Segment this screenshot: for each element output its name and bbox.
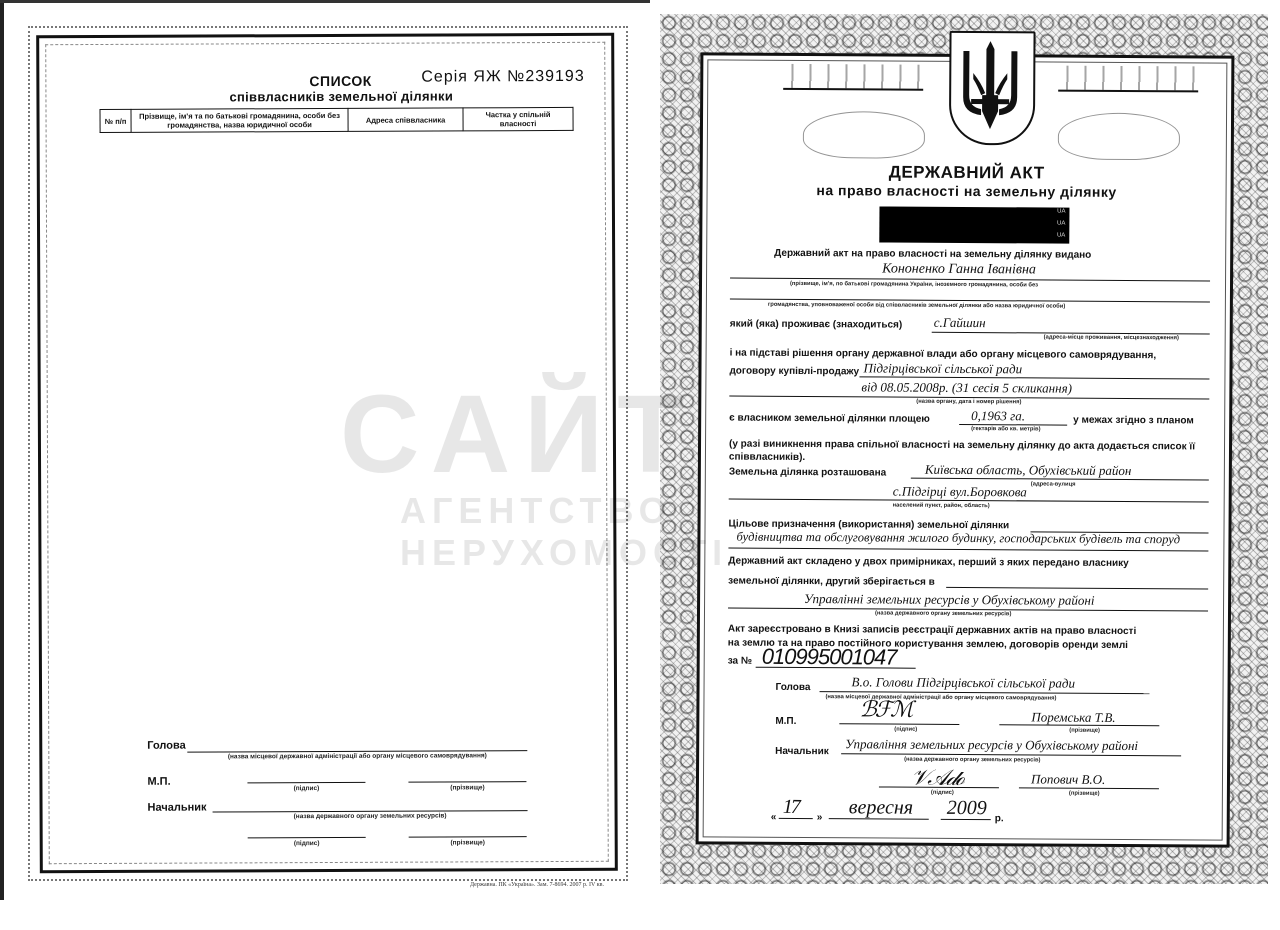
chief-surname: Попович В.О. — [1031, 771, 1105, 787]
emblem-row — [703, 55, 1231, 58]
head-label: Голова — [776, 682, 811, 693]
registry-number-label: за № — [728, 656, 752, 667]
location-value-1: Київська область, Обухівський район — [925, 462, 1132, 479]
chief-value: Управління земельних ресурсів у Обухівсь… — [845, 736, 1138, 754]
header-share: Частка у спільній власності — [463, 107, 573, 130]
state-act-page: ДЕРЖАВНИЙ АКТ на право власності на земе… — [660, 14, 1268, 884]
date-open-quote: « — [771, 812, 777, 823]
scan-edge — [0, 0, 4, 900]
act-subtitle: на право власності на земельну ділянку — [703, 181, 1231, 200]
table-header-row: № п/п Прізвище, ім'я та по батькові гром… — [100, 107, 573, 132]
date-day: 17 — [783, 796, 799, 819]
location-label: Земельна ділянка розташована — [729, 467, 886, 479]
surname-caption-2: (прізвище) — [1069, 791, 1100, 797]
residence-value: с.Гайшин — [934, 315, 986, 331]
surname-caption: (прізвище) — [1069, 728, 1100, 734]
chief-caption: (назва державного органу земельних ресур… — [904, 757, 1040, 764]
redact-ua-1: UA — [1057, 209, 1065, 215]
decision-value: від 08.05.2008р. (31 сесія 5 скликання) — [861, 379, 1072, 396]
head-signature: ℬℱℳ — [859, 696, 911, 722]
decision-caption: (назва органу, дата і номер рішення) — [916, 399, 1021, 406]
header-name: Прізвище, ім'я та по батькові громадянин… — [131, 108, 348, 132]
purpose-value: будівництва та обслуговування жилого буд… — [736, 530, 1180, 548]
redact-ua-3: UA — [1057, 233, 1065, 239]
trident-coat-of-arms-icon — [949, 31, 1036, 146]
signature-caption: (підпис) — [894, 727, 917, 733]
date-month: вересня — [849, 796, 913, 819]
ornament-right — [1058, 66, 1198, 93]
scroll-ornament-right — [1058, 113, 1180, 161]
authority-value: Підгірцівської сільської ради — [863, 360, 1022, 377]
seal-label: М.П. — [775, 716, 796, 727]
head-value: В.о. Голови Підгірцівської сільської рад… — [852, 674, 1076, 691]
date-year: 2009 — [947, 797, 987, 820]
ornament-left — [783, 64, 923, 91]
chief-label: Начальник — [148, 802, 207, 814]
date-suffix: р. — [995, 813, 1004, 824]
list-subtitle: співвласників земельної ділянки — [229, 88, 453, 104]
contract-label: договору купівлі-продажу — [729, 366, 859, 378]
header-address: Адреса співвласника — [348, 108, 463, 132]
location-value-2: с.Підгірці вул.Боровкова — [893, 484, 1027, 501]
residence-caption: (адреса-місце проживання, місцезнаходжен… — [1044, 334, 1179, 341]
head-surname: Поремська Т.В. — [1031, 709, 1115, 726]
signature-caption: (підпис) — [247, 785, 365, 793]
issued-label: Державний акт на право власності на земе… — [774, 248, 1091, 261]
list-title: СПИСОК — [309, 73, 372, 89]
co-owners-list-page: СПИСОК Серія ЯЖ №239193 співвласників зе… — [28, 26, 628, 881]
area-value: 0,1963 га. — [971, 408, 1025, 424]
owner-name: Кононенко Ганна Іванівна — [882, 261, 1036, 278]
stored-caption: (назва державного органу земельних ресур… — [875, 610, 1011, 617]
residence-label: який (яка) проживає (знаходиться) — [730, 319, 903, 331]
location-caption-1: (адреса-вулиця — [1031, 481, 1076, 487]
copies-label-2: земельної ділянки, другий зберігається в — [728, 576, 935, 588]
header-number: № п/п — [100, 109, 131, 132]
signature-caption-2: (підпис) — [248, 840, 366, 848]
surname-caption: (прізвище) — [408, 784, 526, 792]
scroll-ornament-left — [803, 111, 925, 159]
redacted-block: UA UA UA — [879, 206, 1069, 243]
date-day-line — [779, 818, 813, 819]
redact-ua-2: UA — [1057, 221, 1065, 227]
area-caption: (гектарів або кв. метрів) — [971, 426, 1040, 432]
page-frame: ДЕРЖАВНИЙ АКТ на право власності на земе… — [696, 52, 1235, 847]
head-label: Голова — [147, 740, 185, 752]
seal-label: М.П. — [147, 776, 170, 788]
chief-label: Начальник — [775, 746, 829, 757]
location-caption-2: населений пункт, район, область) — [893, 503, 990, 510]
scan-top-edge — [0, 0, 650, 3]
signature-caption-2: (підпис) — [931, 790, 954, 796]
printer-footer: Державна. ПК «Україна». Зам. 7-8694. 200… — [470, 882, 604, 888]
area-suffix: у межах згідно з планом — [1073, 415, 1194, 427]
stored-value: Управлінні земельних ресурсів у Обухівсь… — [804, 591, 1095, 609]
head-caption: (назва місцевої державної адміністрації … — [187, 752, 527, 760]
chief-caption: (назва державного органу земельних ресур… — [213, 812, 528, 820]
inner-frame — [45, 42, 609, 864]
co-owners-table: № п/п Прізвище, ім'я та по батькові гром… — [99, 107, 573, 133]
page-frame: СПИСОК Серія ЯЖ №239193 співвласників зе… — [36, 33, 618, 874]
date-close-quote: » — [817, 812, 823, 823]
area-label: є власником земельної ділянки площею — [729, 413, 930, 425]
series-number: Серія ЯЖ №239193 — [421, 68, 584, 87]
surname-caption-2: (прізвище) — [409, 839, 527, 847]
